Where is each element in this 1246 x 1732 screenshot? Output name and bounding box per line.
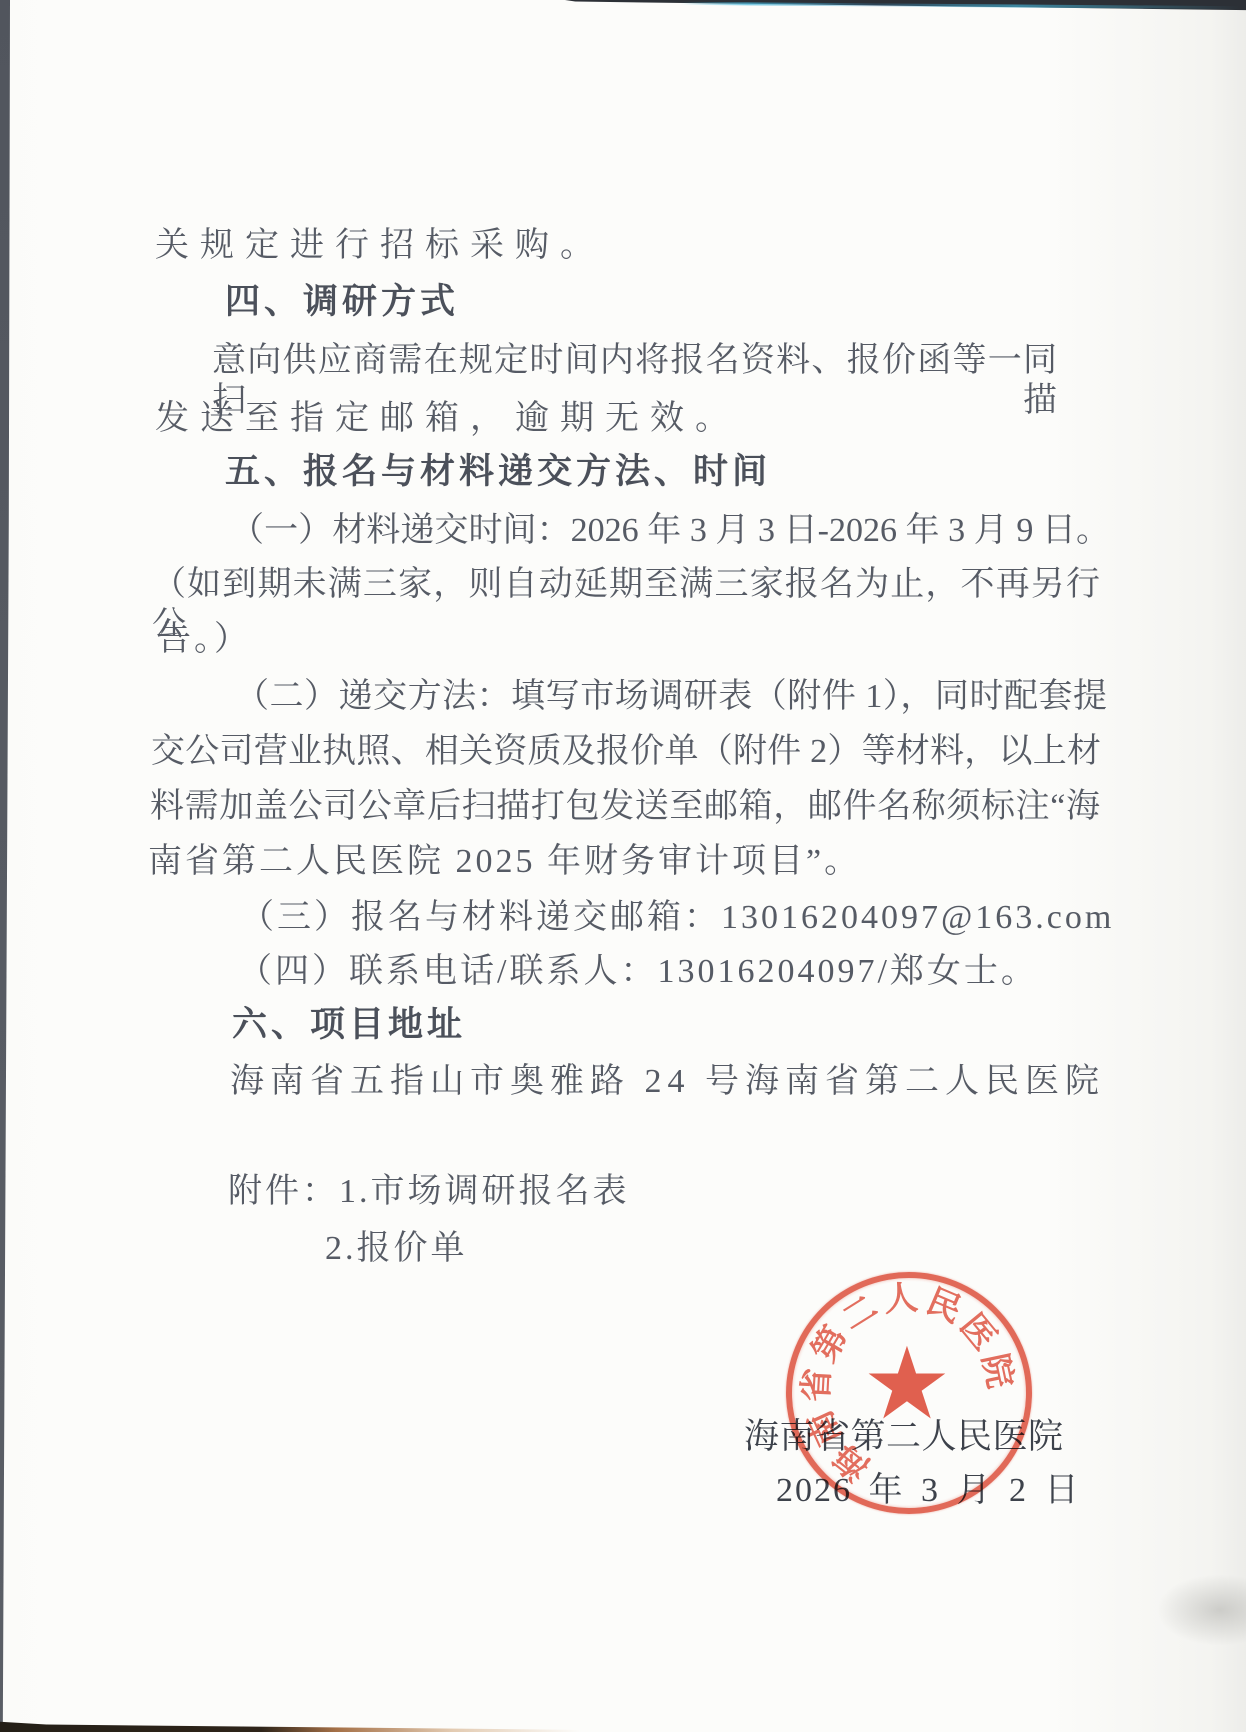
- paragraph-line: 南省第二人民医院 2025 年财务审计项目”。: [148, 842, 861, 882]
- paragraph-line: 告。）: [157, 620, 251, 660]
- official-red-seal: ★ 海南省第二人民医院: [786, 1272, 1032, 1514]
- paragraph-line: 料需加盖公司公章后扫描打包发送至邮箱，邮件名称须标注“海: [150, 787, 1100, 827]
- attachment-line-2: 2.报价单: [325, 1229, 468, 1269]
- scanned-document-page: 关规定进行招标采购。 四、调研方式 意向供应商需在规定时间内将报名资料、报价函等…: [0, 0, 1246, 1732]
- email-line: （三）报名与材料递交邮箱：13016204097@163.com: [240, 898, 1114, 938]
- scan-right-smudge: [1158, 1575, 1246, 1645]
- list-item-line: （一）材料递交时间：2026 年 3 月 3 日-2026 年 3 月 9 日。: [230, 511, 1110, 551]
- paragraph-line: 交公司营业执照、相关资质及报价单（附件 2）等材料，以上材: [151, 732, 1101, 772]
- list-item-line: （二）递交方法：填写市场调研表（附件 1），同时配套提: [235, 677, 1107, 717]
- seal-ring-char: 人: [880, 1279, 921, 1320]
- contact-line: （四）联系电话/联系人：13016204097/郑女士。: [238, 952, 1038, 992]
- paragraph-line: 发送至指定邮箱，逾期无效。: [155, 399, 740, 439]
- attachment-line-1: 附件：1.市场调研报名表: [228, 1172, 630, 1212]
- seal-ring-char: 院: [974, 1349, 1019, 1394]
- paragraph-continuation-line: 关规定进行招标采购。: [155, 226, 605, 266]
- section-heading-6: 六、项目地址: [232, 1005, 466, 1045]
- scan-left-edge-strip: [0, 0, 10, 1732]
- section-heading-5: 五、报名与材料递交方法、时间: [225, 452, 771, 492]
- paragraph-line: （如到期未满三家，则自动延期至满三家报名为止，不再另行公: [152, 565, 1100, 645]
- seal-ring-char: 省: [797, 1365, 837, 1405]
- section-heading-4: 四、调研方式: [225, 282, 459, 322]
- star-icon: ★: [862, 1334, 952, 1434]
- address-line: 海南省五指山市奥雅路 24 号海南省第二人民医院: [230, 1062, 1105, 1102]
- scan-bottom-edge-band: [0, 1720, 580, 1732]
